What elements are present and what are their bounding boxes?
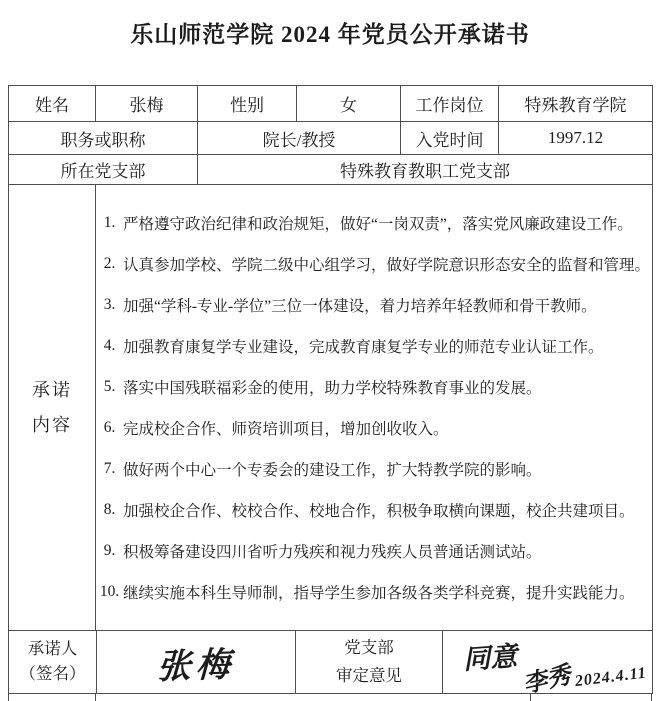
branch-label: 所在党支部 <box>9 155 198 185</box>
commitment-item-text: 做好两个中心一个专委会的建设工作，扩大特教学院的影响。 <box>123 458 542 480</box>
page-title: 乐山师范学院 2024 年党员公开承诺书 <box>0 0 660 49</box>
partial-row-divider-1 <box>95 694 96 701</box>
commitment-item-text: 完成校企合作、师资培训项目，增加创收收入。 <box>123 417 449 439</box>
commitment-item: 1.严格遵守政治纪律和政治规矩，做好“一岗双责”，落实党风廉政建设工作。 <box>96 203 652 244</box>
partial-row-border-left <box>8 694 9 701</box>
row-basic-info: 姓名 张梅 性别 女 工作岗位 特殊教育学院 <box>9 86 653 122</box>
row-branch: 所在党支部 特殊教育教职工党支部 <box>9 155 653 185</box>
signer-signature-cell: 张梅 <box>96 631 295 693</box>
commitment-item-text: 加强教育康复学专业建设，完成教育康复学专业的师范专业认证工作。 <box>123 335 604 357</box>
review-label-cell: 党支部 审定意见 <box>295 631 442 693</box>
partial-row-border-right <box>651 694 652 701</box>
commitment-item-number: 8. <box>96 501 123 519</box>
commitment-label-line2: 内容 <box>9 416 95 434</box>
commitment-content-cell: 1.严格遵守政治纪律和政治规矩，做好“一岗双责”，落实党风廉政建设工作。2.认真… <box>96 185 653 631</box>
commitment-item-number: 1. <box>96 214 123 232</box>
review-date-handwritten: 2024.4.11 <box>574 664 648 691</box>
commitment-item-text: 加强校企合作、校校合作、校地合作，积极争取横向课题，校企共建项目。 <box>123 499 635 521</box>
reviewer-signature-group: 李秀 2024.4.11 <box>520 648 647 694</box>
post-value: 特殊教育学院 <box>499 86 653 122</box>
commitment-item-number: 4. <box>96 337 123 355</box>
post-label: 工作岗位 <box>401 86 499 122</box>
commitment-label-cell: 承诺 内容 <box>9 185 96 631</box>
commitment-item: 8.加强校企合作、校校合作、校地合作，积极争取横向课题，校企共建项目。 <box>96 490 652 531</box>
commitment-list: 1.严格遵守政治纪律和政治规矩，做好“一岗双责”，落实党风廉政建设工作。2.认真… <box>96 203 652 613</box>
commitment-item-text: 积极筹备建设四川省听力残疾和视力残疾人员普通话测试站。 <box>123 540 542 562</box>
gender-value: 女 <box>297 86 401 122</box>
commitment-label-line1: 承诺 <box>9 381 95 399</box>
commitment-item-text: 认真参加学校、学院二级中心组学习，做好学院意识形态安全的监督和管理。 <box>123 253 650 275</box>
commitment-item-number: 7. <box>96 460 123 478</box>
branch-value: 特殊教育教职工党支部 <box>198 155 653 185</box>
reviewer-handwritten-signature: 李秀 <box>519 655 574 694</box>
document-page: 乐山师范学院 2024 年党员公开承诺书 姓名 张梅 性别 女 工作岗位 特殊教… <box>0 0 660 701</box>
join-date-label: 入党时间 <box>401 122 499 155</box>
gender-label: 性别 <box>198 86 297 122</box>
commitment-item-number: 5. <box>96 378 123 396</box>
commitment-item-number: 10. <box>96 583 123 601</box>
duty-value: 院长/教授 <box>198 122 401 155</box>
commitment-item-text: 继续实施本科生导师制，指导学生参加各级各类学科竞赛，提升实践能力。 <box>123 581 635 603</box>
commitment-item: 10.继续实施本科生导师制，指导学生参加各级各类学科竞赛，提升实践能力。 <box>96 572 652 613</box>
commitment-item-number: 9. <box>96 542 123 560</box>
signature-row-cell: 承诺人 （签名） 张梅 党支部 审定意见 同意 <box>9 631 653 694</box>
row-duty: 职务或职称 院长/教授 入党时间 1997.12 <box>9 122 653 155</box>
commitment-item-number: 2. <box>96 255 123 273</box>
name-value: 张梅 <box>96 86 198 122</box>
commitment-item-text: 落实中国残联福彩金的使用，助力学校特殊教育事业的发展。 <box>123 376 542 398</box>
review-opinion-cell: 同意 李秀 2024.4.11 <box>442 631 652 693</box>
signer-label-cell: 承诺人 （签名） <box>9 631 96 693</box>
commitment-item: 4.加强教育康复学专业建设，完成教育康复学专业的师范专业认证工作。 <box>96 326 652 367</box>
review-label-line2: 审定意见 <box>336 662 402 690</box>
commitment-item: 3.加强“学科-专业-学位”三位一体建设，着力培养年轻教师和骨干教师。 <box>96 285 652 326</box>
commitment-item-text: 严格遵守政治纪律和政治规矩，做好“一岗双责”，落实党风廉政建设工作。 <box>123 212 633 234</box>
review-label-line1: 党支部 <box>344 634 394 662</box>
commitment-item-text: 加强“学科-专业-学位”三位一体建设，着力培养年轻教师和骨干教师。 <box>123 294 597 316</box>
partial-row-divider-2 <box>530 694 531 701</box>
row-signature: 承诺人 （签名） 张梅 党支部 审定意见 同意 <box>9 631 653 694</box>
signer-label-line2: （签名） <box>20 662 86 687</box>
review-opinion-handwritten: 同意 <box>462 634 519 677</box>
commitment-item: 5.落实中国残联福彩金的使用，助力学校特殊教育事业的发展。 <box>96 367 652 408</box>
commitment-form-table: 姓名 张梅 性别 女 工作岗位 特殊教育学院 职务或职称 院长/教授 入党时间 … <box>8 85 653 694</box>
commitment-item-number: 3. <box>96 296 123 314</box>
join-date-value: 1997.12 <box>499 122 653 155</box>
duty-label: 职务或职称 <box>9 122 198 155</box>
commitment-item: 7.做好两个中心一个专委会的建设工作，扩大特教学院的影响。 <box>96 449 652 490</box>
commitment-item: 2.认真参加学校、学院二级中心组学习，做好学院意识形态安全的监督和管理。 <box>96 244 652 285</box>
row-commitment: 承诺 内容 1.严格遵守政治纪律和政治规矩，做好“一岗双责”，落实党风廉政建设工… <box>9 185 653 631</box>
commitment-item: 9.积极筹备建设四川省听力残疾和视力残疾人员普通话测试站。 <box>96 531 652 572</box>
signer-label-line1: 承诺人 <box>28 637 78 662</box>
commitment-item: 6.完成校企合作、师资培训项目，增加创收收入。 <box>96 408 652 449</box>
commitment-item-number: 6. <box>96 419 123 437</box>
signer-handwritten-signature: 张梅 <box>156 636 236 688</box>
signature-row: 承诺人 （签名） 张梅 党支部 审定意见 同意 <box>9 631 652 693</box>
name-label: 姓名 <box>9 86 96 122</box>
